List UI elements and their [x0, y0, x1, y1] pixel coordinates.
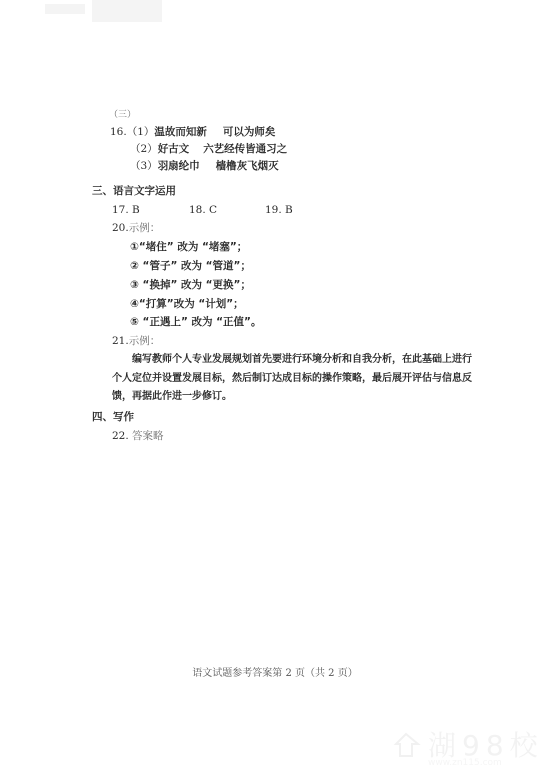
q18-answer: 18. C: [189, 203, 217, 217]
q19-value: B: [285, 204, 293, 216]
q16-item-part1: 好古文: [158, 143, 190, 155]
q21-line-1: 编写教师个人专业发展规划首先要进行环境分析和自我分析，在此基础上进行: [132, 353, 472, 367]
bleed-through-mark: [92, 0, 162, 22]
q16-item-label: （3）: [130, 160, 158, 172]
q16-item-2: （2）好古文六艺经传皆通习之: [130, 142, 287, 156]
q19-answer: 19. B: [265, 203, 293, 217]
q20-item-3: ③ “换掉” 改为 “更换”；: [130, 278, 251, 292]
watermark-logo-icon: [392, 730, 422, 760]
q20-number: 20.: [112, 222, 129, 234]
q20-item-2: ② “管子” 改为 “管道”；: [130, 259, 251, 273]
q18-value: C: [209, 204, 217, 216]
page-footer: 语文试题参考答案第 2 页（共 2 页）: [0, 664, 550, 679]
q21-label: 示例：: [129, 335, 161, 347]
q16-item-3: （3）羽扇纶巾樯橹灰飞烟灭: [130, 159, 279, 173]
q21-heading: 21.示例：: [112, 334, 160, 348]
q20-item-1: ①“堵住” 改为 “堵塞”；: [130, 240, 247, 254]
q16-item-label: （1）: [127, 126, 155, 138]
q16-item-part1: 温故而知新: [154, 126, 207, 138]
q17-value: B: [132, 204, 140, 216]
q22-value: 答案略: [132, 430, 164, 442]
q21-line-2: 个人定位并设置发展目标，然后制订达成目标的操作策略，最后展开评估与信息反: [112, 372, 472, 386]
answer-key-page: （三） 16.（1）温故而知新可以为师矣 （2）好古文六艺经传皆通习之 （3）羽…: [0, 0, 550, 778]
watermark-url: www.zn115.com: [428, 758, 502, 768]
q16-item-1: 16.（1）温故而知新可以为师矣: [110, 125, 275, 139]
q16-item-part2: 可以为师矣: [223, 126, 276, 138]
q21-number: 21.: [112, 335, 129, 347]
q18-number: 18.: [189, 204, 206, 216]
q20-heading: 20.示例：: [112, 221, 160, 235]
q16-item-part1: 羽扇纶巾: [158, 160, 200, 172]
q19-number: 19.: [265, 204, 282, 216]
q21-line-3: 馈，再据此作进一步修订。: [112, 390, 232, 404]
q17-number: 17.: [112, 204, 129, 216]
section-three-title: 三、语言文字运用: [92, 184, 176, 198]
q20-item-5: ⑤ “正遇上” 改为 “正值”。: [130, 315, 261, 329]
q16-item-part2: 六艺经传皆通习之: [203, 143, 287, 155]
q16-number: 16.: [110, 126, 127, 138]
q20-item-4: ④“打算”改为 “计划”；: [130, 297, 244, 311]
q20-label: 示例：: [129, 222, 161, 234]
q16-item-label: （2）: [130, 143, 158, 155]
subsection-three-heading: （三）: [109, 108, 136, 122]
q22-answer: 22. 答案略: [112, 429, 164, 443]
q16-item-part2: 樯橹灰飞烟灭: [216, 160, 279, 172]
bleed-through-mark: [45, 4, 85, 14]
section-four-title: 四、写作: [92, 410, 134, 424]
q17-answer: 17. B: [112, 203, 140, 217]
q22-number: 22.: [112, 430, 129, 442]
watermark: 湖98校 www.zn115.com: [388, 724, 548, 774]
